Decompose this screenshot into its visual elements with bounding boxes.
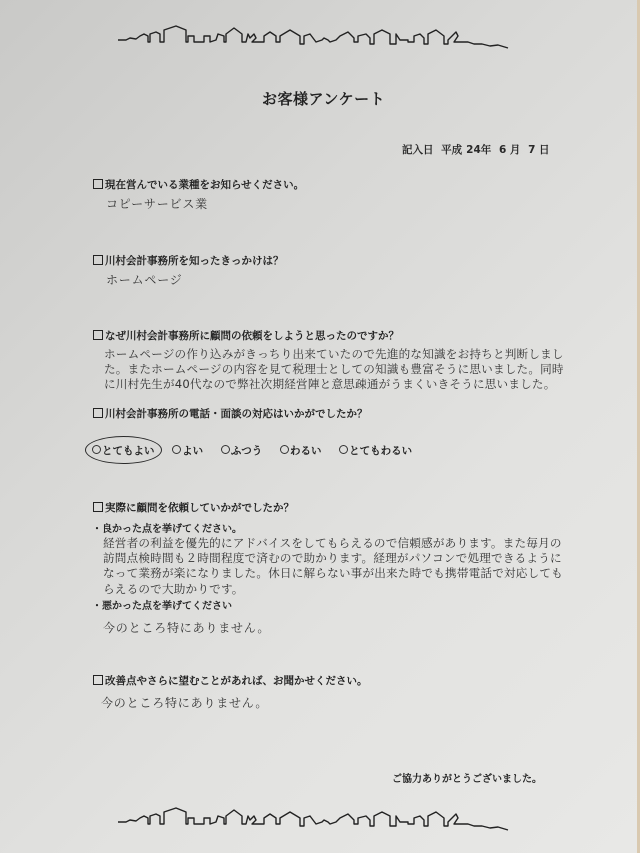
survey-page: お客様アンケート 記入日 平成24年 6 月 7 日 現在営んでいる業種をお知ら… bbox=[0, 0, 640, 853]
checkbox-icon bbox=[93, 179, 103, 189]
question-why-chosen: なぜ川村会計事務所に顧問の依頼をしようと思ったのですか？ bbox=[93, 328, 399, 343]
option-very-bad: とてもわるい bbox=[339, 443, 412, 458]
checkbox-icon bbox=[93, 408, 103, 418]
closing-message: ご協力ありがとうございました。 bbox=[392, 770, 542, 785]
checkbox-icon bbox=[93, 330, 103, 340]
date-day: 7 日 bbox=[528, 144, 549, 156]
radio-icon bbox=[280, 445, 289, 454]
option-very-good: とてもよい bbox=[92, 443, 155, 458]
checkbox-icon bbox=[93, 675, 103, 685]
house-skyline-icon bbox=[118, 12, 518, 52]
date-year: 24年 bbox=[466, 144, 491, 156]
entry-date: 記入日 平成24年 6 月 7 日 bbox=[402, 142, 554, 157]
house-skyline-icon bbox=[118, 794, 518, 834]
question-how-found: 川村会計事務所を知ったきっかけは？ bbox=[93, 253, 284, 268]
bad-points-label: ・悪かった点を挙げてください bbox=[92, 597, 232, 612]
date-label: 記入日 bbox=[402, 144, 434, 156]
answer-why-chosen: ホームページの作り込みがきっちり出来ていたので先進的な知識をお持ちと判断しまし … bbox=[104, 347, 564, 393]
question-improvements: 改善点やさらに望むことがあれば、お聞かせください。 bbox=[93, 673, 368, 688]
option-good: よい bbox=[172, 443, 203, 458]
rating-options: とてもよい よい ふつう わるい とてもわるい bbox=[92, 443, 426, 458]
date-month: 6 月 bbox=[499, 144, 520, 156]
answer-improvements: 今のところ特にありません。 bbox=[101, 694, 268, 711]
question-experience: 実際に顧問を依頼していかがでしたか？ bbox=[93, 500, 294, 515]
checkbox-icon bbox=[93, 502, 103, 512]
checkbox-icon bbox=[93, 255, 103, 265]
page-title: お客様アンケート bbox=[262, 88, 385, 109]
option-average: ふつう bbox=[221, 443, 263, 458]
date-era: 平成 bbox=[441, 144, 462, 156]
bad-points-answer: 今のところ特にありません。 bbox=[103, 619, 270, 636]
option-bad: わるい bbox=[280, 443, 322, 458]
question-business-type: 現在営んでいる業種をお知らせください。 bbox=[93, 177, 304, 192]
radio-icon bbox=[221, 445, 230, 454]
good-points-label: ・良かった点を挙げてください。 bbox=[92, 520, 242, 535]
good-points-answer: 経営者の利益を優先的にアドバイスをしてもらえるので信頼感があります。また毎月の … bbox=[103, 536, 563, 597]
radio-icon bbox=[92, 445, 101, 454]
answer-how-found: ホームページ bbox=[106, 271, 183, 288]
radio-icon bbox=[339, 445, 348, 454]
question-response-quality: 川村会計事務所の電話・面談の対応はいかがでしたか？ bbox=[93, 406, 368, 421]
radio-icon bbox=[172, 445, 181, 454]
answer-business-type: コピーサービス業 bbox=[106, 195, 208, 212]
